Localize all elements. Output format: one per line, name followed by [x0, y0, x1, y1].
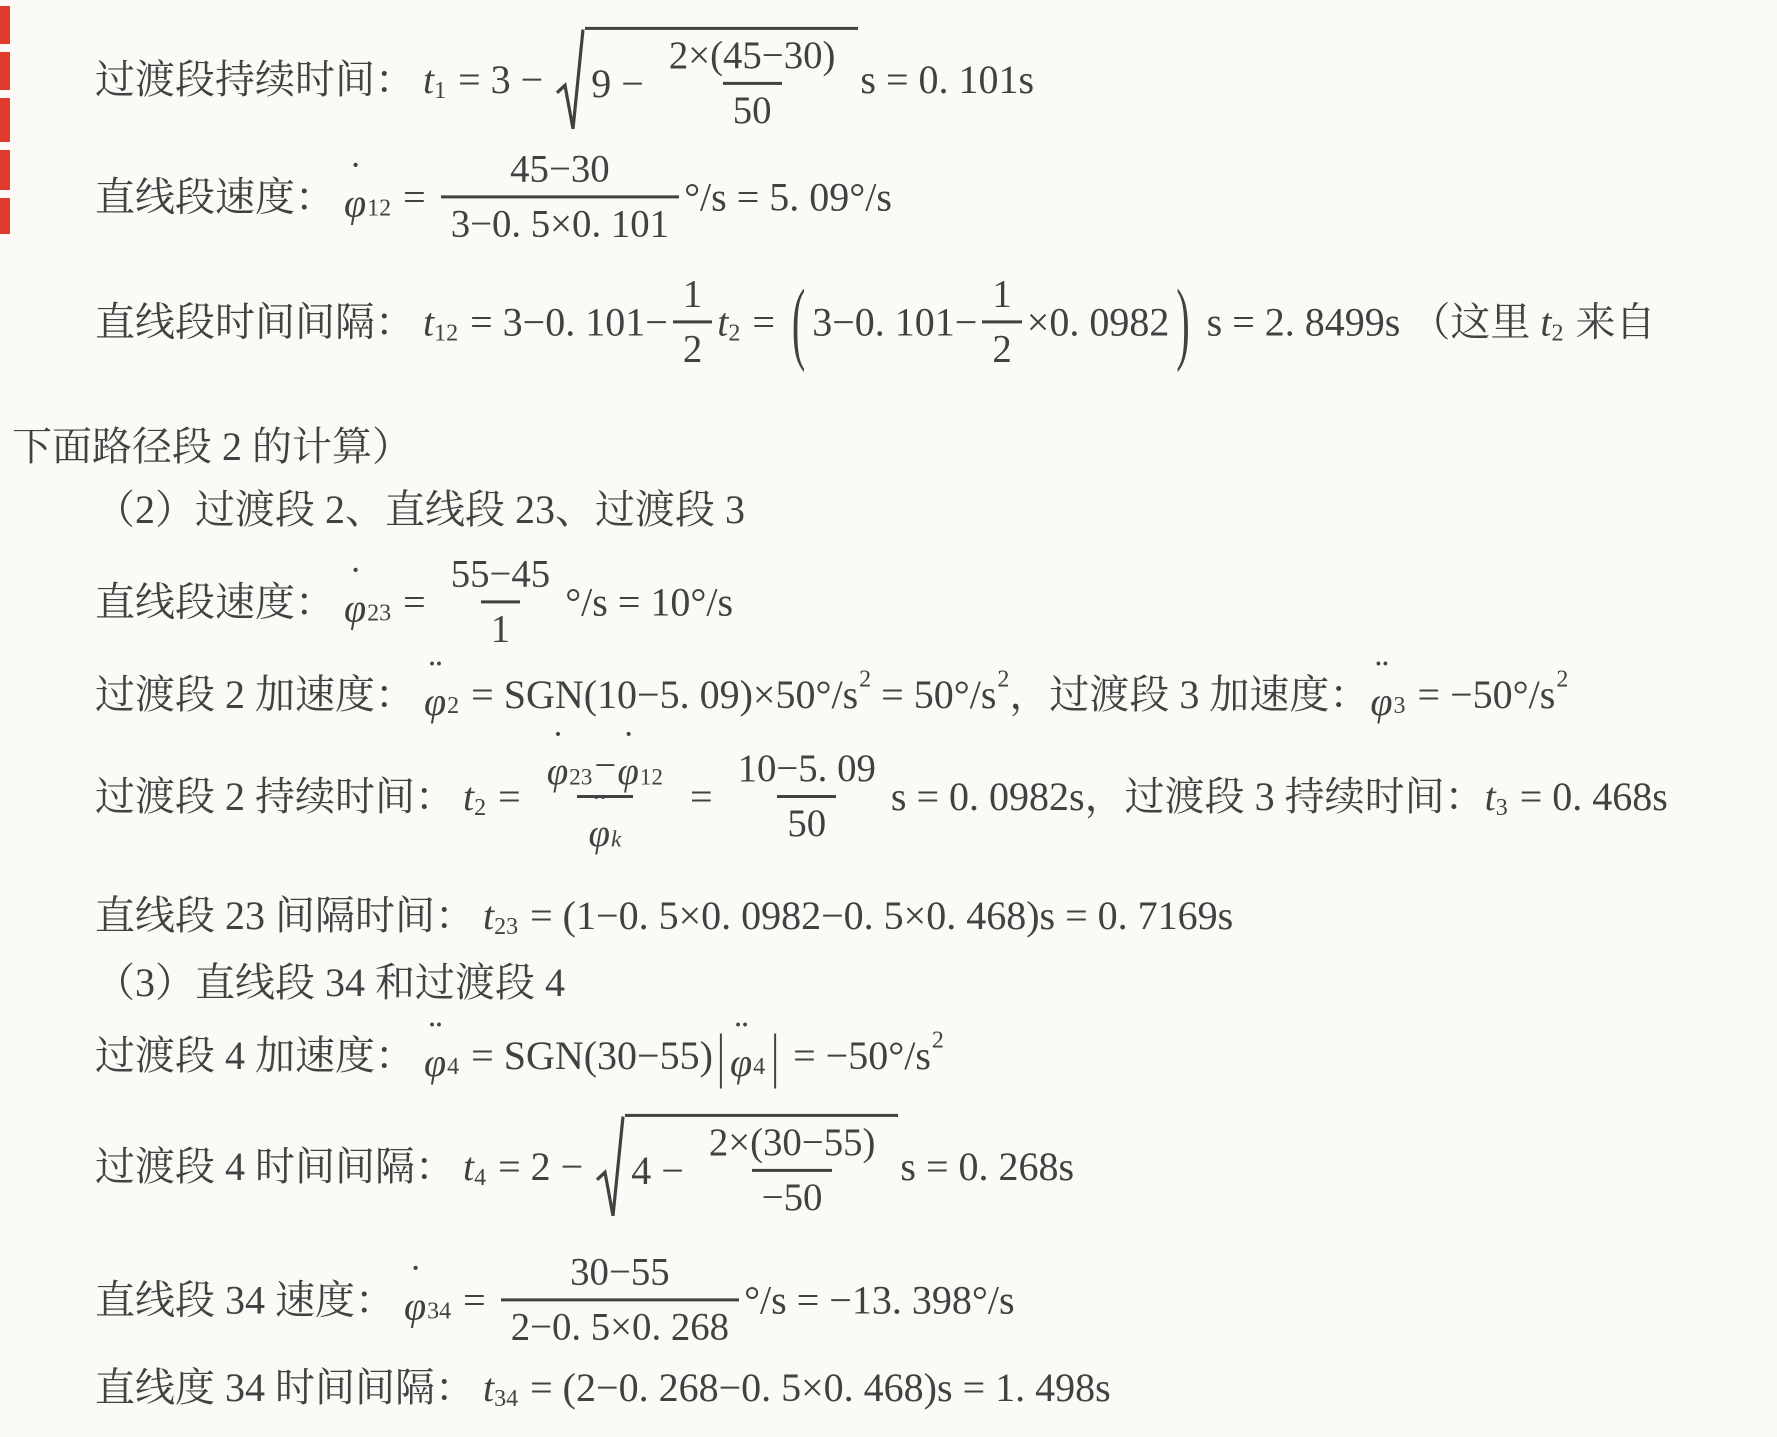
formula-line-13: 直线段 34 速度：˙φ34 = 30−552−0. 5×0. 268°/s =…: [95, 1250, 1015, 1349]
math-phi: ˙φ: [547, 740, 568, 792]
fraction-denominator: 2−0. 5×0. 268: [501, 1298, 739, 1350]
formula-line-8: 过渡段 2 持续时间：t2 = ˙φ23−˙φ12¨φk = 10−5. 095…: [95, 740, 1668, 854]
math-text: = 3 −: [448, 57, 553, 103]
scan-edge-artifact: [0, 198, 10, 234]
math-text: 4 −: [631, 1148, 694, 1194]
fraction-denominator: 50: [723, 82, 782, 134]
math-text: 下面路径段 2 的计算）: [12, 424, 412, 470]
math-text: = (2−0. 268−0. 5×0. 468)s = 1. 498s: [520, 1365, 1111, 1411]
math-phi: ¨φ: [730, 1029, 752, 1083]
math-text: 3−0. 101−: [812, 299, 977, 345]
math-text: = 50°/s: [871, 672, 996, 718]
fraction-numerator: 10−5. 09: [728, 747, 886, 795]
math-phi: ¨φ: [588, 802, 609, 854]
math-text: =: [680, 774, 723, 820]
math-expression: t2 = ˙φ23−˙φ12¨φk = 10−5. 0950s = 0. 098…: [463, 740, 1668, 854]
math-fraction: 12: [982, 272, 1021, 371]
phi-symbol: φ: [588, 815, 609, 854]
math-subscript: 12: [367, 195, 391, 223]
fraction-numerator: 1: [982, 272, 1021, 320]
line-label: 过渡段 2 持续时间：: [95, 774, 455, 820]
math-text: =: [488, 774, 531, 820]
phi-symbol: φ: [424, 682, 446, 722]
math-subscript: 4: [447, 1054, 459, 1082]
math-expression: t12 = 3−0. 101−12t2 = (3−0. 101−12×0. 09…: [423, 272, 1655, 371]
math-phi: ¨φ: [424, 668, 446, 722]
scan-edge-artifact: [0, 150, 10, 190]
math-subscript: 2: [1551, 320, 1563, 348]
math-expression: t1 = 3 − 9 − 2×(45−30)50s = 0. 101s: [423, 27, 1034, 133]
scanned-document-page: 过渡段持续时间：t1 = 3 − 9 − 2×(45−30)50s = 0. 1…: [0, 0, 1777, 1437]
big-paren: (: [792, 269, 805, 375]
absolute-value-bar: |: [771, 1022, 779, 1091]
phi-symbol: φ: [617, 753, 638, 792]
formula-line-4: 下面路径段 2 的计算）: [12, 424, 412, 470]
math-subscript: 34: [427, 1298, 451, 1326]
math-fraction: 12: [673, 272, 712, 371]
phi-symbol: φ: [424, 1043, 446, 1083]
math-text: =: [742, 299, 785, 345]
math-text: 1: [491, 607, 510, 652]
math-fraction: 55−451: [441, 552, 560, 651]
formula-line-2: 直线段速度：˙φ12 = 45−303−0. 5×0. 101°/s = 5. …: [95, 147, 892, 246]
formula-line-7: 过渡段 2 加速度：¨φ2 = SGN(10−5. 09)×50°/s2 = 5…: [95, 668, 1568, 722]
math-text: 50: [787, 802, 826, 847]
math-expression: ˙φ34 = 30−552−0. 5×0. 268°/s = −13. 398°…: [403, 1250, 1015, 1349]
math-expression: t4 = 2 − 4 − 2×(30−55)−50s = 0. 268s: [463, 1114, 1074, 1220]
scan-edge-artifact: [0, 98, 10, 142]
math-phi: ¨φ: [1370, 668, 1392, 722]
big-paren: ): [1176, 269, 1189, 375]
math-fraction: 2×(30−55)−50: [699, 1121, 886, 1220]
math-text: 30−55: [570, 1250, 669, 1295]
math-subscript: 3: [1394, 693, 1406, 721]
absolute-value-bar: |: [717, 1022, 725, 1091]
math-text: 45−30: [510, 147, 609, 192]
sqrt-radical-icon: [555, 27, 585, 133]
fraction-numerator: 2×(45−30): [659, 34, 846, 82]
sqrt-body: 4 − 2×(30−55)−50: [625, 1114, 898, 1220]
math-text: 2: [683, 327, 702, 372]
formula-line-14: 直线度 34 时间间隔：t34 = (2−0. 268−0. 5×0. 468)…: [95, 1365, 1111, 1411]
math-text: s = 0. 101s: [860, 57, 1034, 103]
formula-line-9: 直线段 23 间隔时间：t23 = (1−0. 5×0. 0982−0. 5×0…: [95, 893, 1233, 939]
math-text: 55−45: [451, 552, 550, 597]
math-subscript: 23: [569, 764, 592, 791]
math-text: = 3−0. 101−: [460, 299, 668, 345]
math-text: ，过渡段 3 加速度：: [1009, 672, 1369, 718]
math-subscript: 12: [434, 320, 458, 348]
math-text: s = 0. 268s: [900, 1144, 1074, 1190]
math-text: = −50°/s: [1408, 672, 1556, 718]
math-text: °/s = 10°/s: [565, 579, 733, 625]
fraction-denominator: 2: [982, 320, 1021, 372]
formula-line-10: （3）直线段 34 和过渡段 4: [95, 960, 565, 1006]
fraction-numerator: 55−45: [441, 552, 560, 600]
line-label: 过渡段 4 加速度：: [95, 1033, 415, 1079]
fraction-numerator: 2×(30−55): [699, 1121, 886, 1169]
math-variable: t: [1540, 299, 1551, 345]
formula-line-3: 直线段时间间隔：t12 = 3−0. 101−12t2 = (3−0. 101−…: [95, 272, 1655, 371]
phi-symbol: φ: [547, 753, 568, 792]
math-variable: t: [463, 1144, 474, 1190]
formula-line-12: 过渡段 4 时间间隔：t4 = 2 − 4 − 2×(30−55)−50s = …: [95, 1114, 1074, 1220]
math-subscript: 2: [447, 693, 459, 721]
line-label: 过渡段持续时间：: [95, 57, 415, 103]
fraction-numerator: 45−30: [500, 147, 619, 195]
math-expression: 下面路径段 2 的计算）: [12, 424, 412, 470]
fraction-numerator: 1: [673, 272, 712, 320]
math-text: 2×(45−30): [669, 34, 836, 79]
math-superscript: 2: [997, 666, 1009, 694]
math-text: −: [594, 744, 616, 789]
fraction-denominator: 3−0. 5×0. 101: [441, 195, 679, 247]
phi-symbol: φ: [344, 184, 366, 224]
math-text: （3）直线段 34 和过渡段 4: [95, 960, 565, 1006]
math-text: = 2 −: [488, 1144, 593, 1190]
math-fraction: ˙φ23−˙φ12¨φk: [536, 740, 675, 854]
math-text: （2）过渡段 2、直线段 23、过渡段 3: [95, 487, 745, 533]
math-text: 9 −: [591, 61, 654, 107]
math-superscript: 2: [859, 666, 871, 694]
math-expression: （2）过渡段 2、直线段 23、过渡段 3: [95, 487, 745, 533]
math-text: °/s = −13. 398°/s: [744, 1277, 1014, 1323]
math-subscript: 34: [494, 1386, 518, 1414]
math-text: ×0. 0982: [1027, 299, 1170, 345]
math-subscript: 4: [753, 1054, 765, 1082]
math-variable: t: [717, 299, 728, 345]
line-label: 直线段速度：: [95, 579, 335, 625]
math-variable: t: [423, 57, 434, 103]
math-variable: t: [483, 893, 494, 939]
phi-symbol: φ: [344, 589, 366, 629]
math-fraction: 2×(45−30)50: [659, 34, 846, 133]
math-phi: ˙φ: [404, 1273, 426, 1327]
math-superscript: 2: [932, 1027, 944, 1055]
math-subscript: 12: [640, 764, 663, 791]
math-superscript: 2: [1556, 666, 1568, 694]
math-square-root: 9 − 2×(45−30)50: [555, 27, 858, 133]
math-variable: t: [483, 1365, 494, 1411]
math-subscript: 2: [728, 320, 740, 348]
math-text: 1: [992, 272, 1011, 317]
fraction-numerator: 30−55: [560, 1250, 679, 1298]
scan-edge-artifact: [0, 6, 10, 44]
math-text: =: [453, 1277, 496, 1323]
math-expression: （3）直线段 34 和过渡段 4: [95, 960, 565, 1006]
line-label: 直线段速度：: [95, 174, 335, 220]
formula-line-5: （2）过渡段 2、直线段 23、过渡段 3: [95, 487, 745, 533]
line-label: 直线度 34 时间间隔：: [95, 1365, 475, 1411]
formula-line-1: 过渡段持续时间：t1 = 3 − 9 − 2×(45−30)50s = 0. 1…: [95, 27, 1034, 133]
math-fraction: 30−552−0. 5×0. 268: [501, 1250, 739, 1349]
formula-line-11: 过渡段 4 加速度：¨φ4 = SGN(30−55)|¨φ4| = −50°/s…: [95, 1029, 944, 1083]
math-text: °/s = 5. 09°/s: [684, 174, 892, 220]
sqrt-radical-icon: [595, 1114, 625, 1220]
math-expression: t34 = (2−0. 268−0. 5×0. 468)s = 1. 498s: [483, 1365, 1111, 1411]
math-text: = −50°/s: [783, 1033, 931, 1079]
math-subscript: 2: [474, 795, 486, 823]
phi-symbol: φ: [404, 1287, 426, 1327]
sqrt-body: 9 − 2×(45−30)50: [585, 27, 858, 133]
phi-symbol: φ: [1370, 682, 1392, 722]
math-phi: ˙φ: [344, 575, 366, 629]
math-text: 2: [992, 327, 1011, 372]
fraction-denominator: 50: [777, 795, 836, 847]
formula-line-6: 直线段速度：˙φ23 = 55−451°/s = 10°/s: [95, 552, 733, 651]
fraction-denominator: −50: [752, 1169, 833, 1221]
math-expression: ¨φ2 = SGN(10−5. 09)×50°/s2 = 50°/s2，过渡段 …: [423, 668, 1568, 722]
line-label: 过渡段 2 加速度：: [95, 672, 415, 718]
math-variable: t: [1485, 774, 1496, 820]
math-text: = SGN(10−5. 09)×50°/s: [461, 672, 858, 718]
math-text: 3−0. 5×0. 101: [451, 202, 669, 247]
math-square-root: 4 − 2×(30−55)−50: [595, 1114, 898, 1220]
math-text: s = 2. 8499s （这里: [1197, 299, 1541, 345]
math-fraction: 45−303−0. 5×0. 101: [441, 147, 679, 246]
math-expression: ¨φ4 = SGN(30−55)|¨φ4| = −50°/s2: [423, 1029, 944, 1083]
math-expression: ˙φ23 = 55−451°/s = 10°/s: [343, 552, 733, 651]
math-text: = (1−0. 5×0. 0982−0. 5×0. 468)s = 0. 716…: [520, 893, 1233, 939]
math-expression: ˙φ12 = 45−303−0. 5×0. 101°/s = 5. 09°/s: [343, 147, 892, 246]
math-text: s = 0. 0982s，过渡段 3 持续时间：: [891, 774, 1485, 820]
math-variable: t: [463, 774, 474, 820]
math-subscript: 3: [1496, 795, 1508, 823]
math-text: = SGN(30−55): [461, 1033, 713, 1079]
math-text: 2×(30−55): [709, 1121, 876, 1166]
math-text: 2−0. 5×0. 268: [511, 1305, 729, 1350]
math-text: −50: [762, 1176, 823, 1221]
line-label: 直线段 23 间隔时间：: [95, 893, 475, 939]
math-expression: t23 = (1−0. 5×0. 0982−0. 5×0. 468)s = 0.…: [483, 893, 1233, 939]
math-subscript: 23: [494, 914, 518, 942]
math-text: 10−5. 09: [738, 747, 876, 792]
math-variable: t: [423, 299, 434, 345]
math-text: 来自: [1565, 299, 1655, 345]
fraction-denominator: 2: [673, 320, 712, 372]
math-text: =: [393, 174, 436, 220]
math-text: 1: [683, 272, 702, 317]
scan-edge-artifact: [0, 52, 10, 90]
fraction-numerator: ˙φ23−˙φ12: [536, 740, 675, 795]
line-label: 直线段时间间隔：: [95, 299, 415, 345]
phi-symbol: φ: [730, 1043, 752, 1083]
math-phi: ˙φ: [344, 170, 366, 224]
math-phi: ˙φ: [617, 740, 638, 792]
fraction-denominator: ¨φk: [577, 795, 633, 854]
math-text: =: [393, 579, 436, 625]
line-label: 过渡段 4 时间间隔：: [95, 1144, 455, 1190]
math-subscript: 1: [434, 78, 446, 106]
math-text: = 0. 468s: [1510, 774, 1668, 820]
math-phi: ¨φ: [424, 1029, 446, 1083]
math-subscript: 23: [367, 600, 391, 628]
math-subscript: 4: [474, 1165, 486, 1193]
math-subscript: k: [611, 826, 621, 853]
math-fraction: 10−5. 0950: [728, 747, 886, 846]
math-text: 50: [733, 89, 772, 134]
line-label: 直线段 34 速度：: [95, 1277, 395, 1323]
fraction-denominator: 1: [481, 600, 520, 652]
